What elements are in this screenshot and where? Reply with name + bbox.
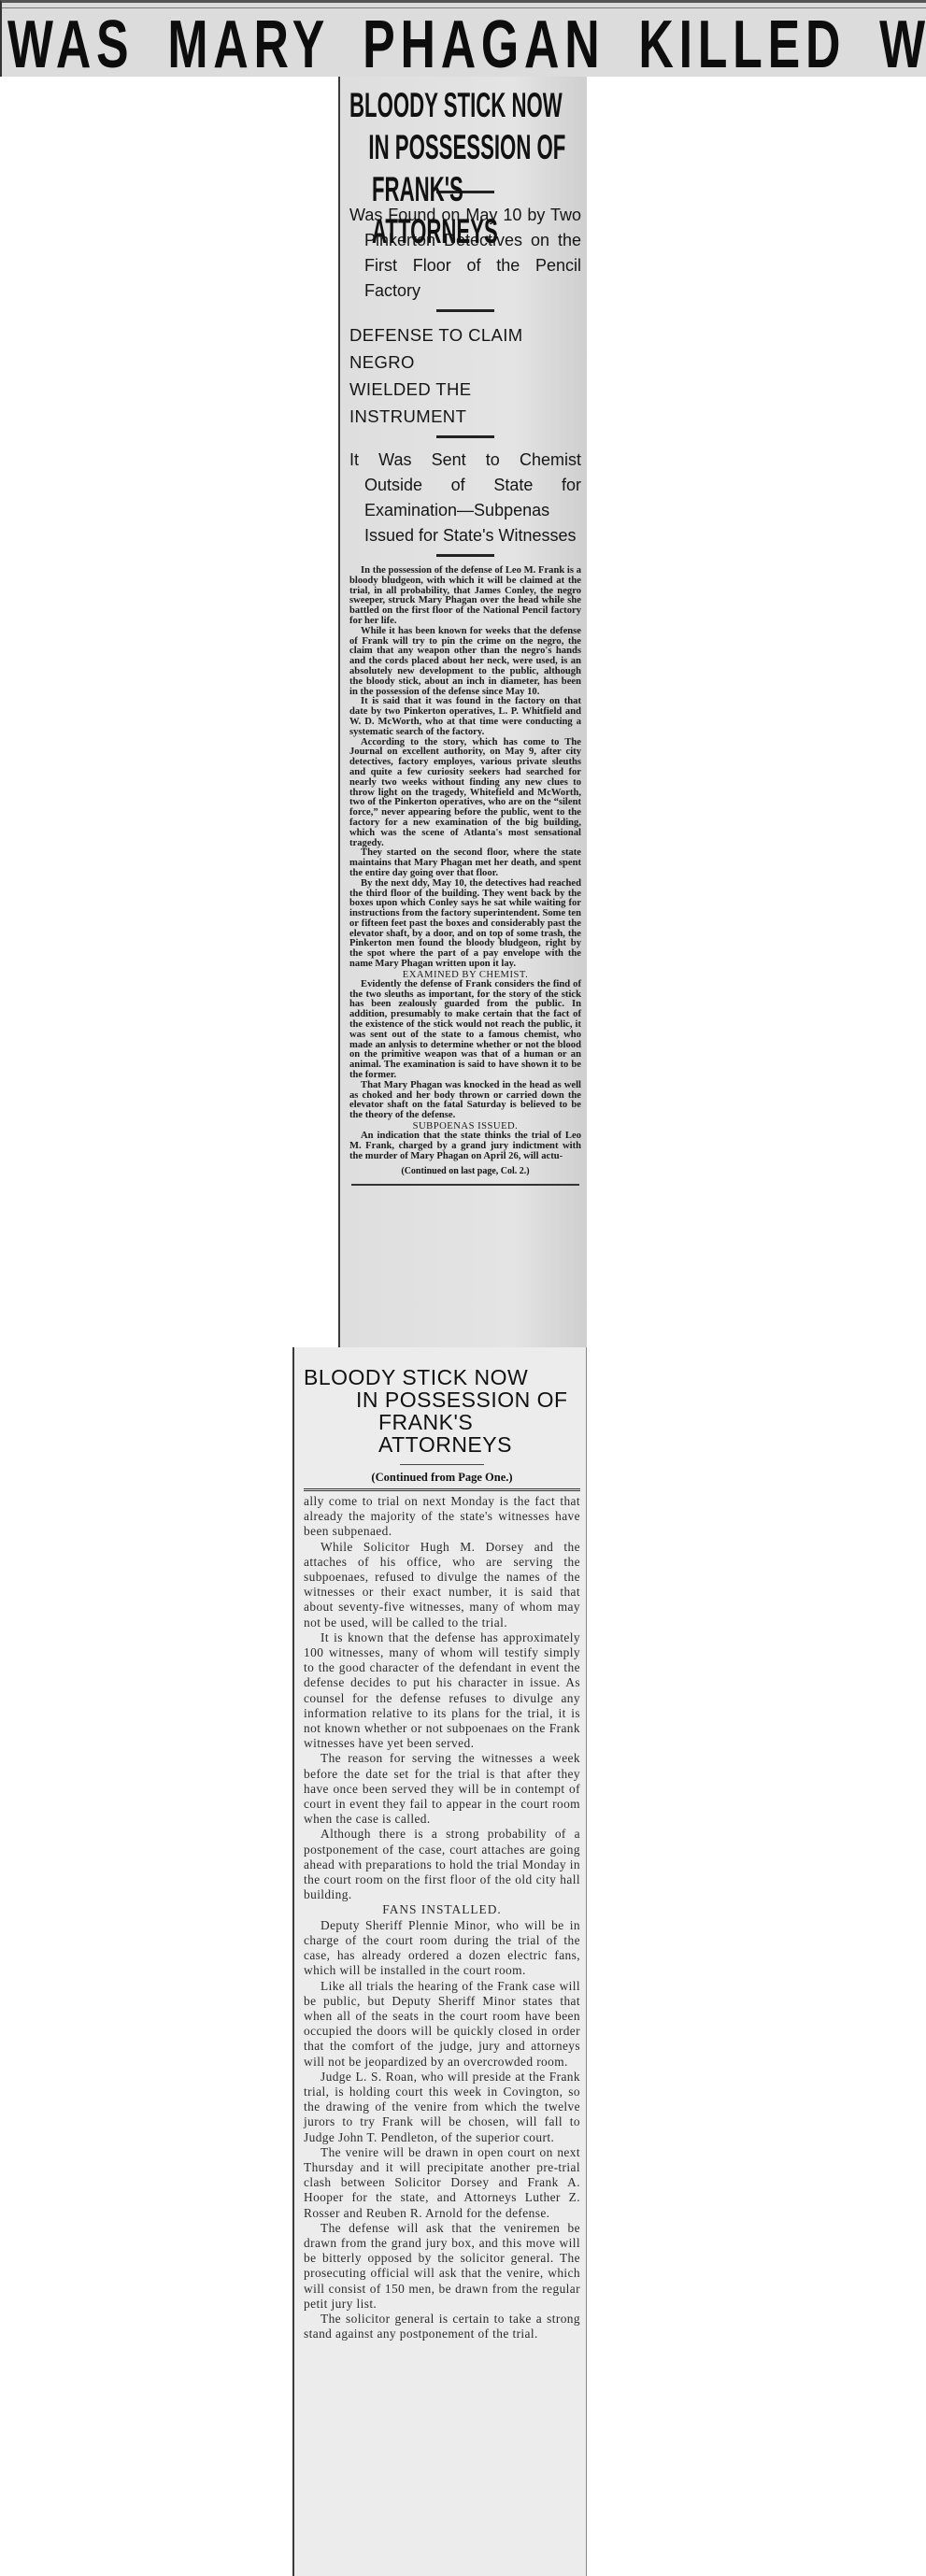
jump-page-clipping: BLOODY STICK NOW IN POSSESSION OF FRANK'… xyxy=(292,1347,587,2576)
subhead-fans-installed: FANS INSTALLED. xyxy=(304,1902,580,1917)
article-paragraph: According to the story, which has come t… xyxy=(349,738,581,849)
jump-headline-line: IN POSSESSION OF xyxy=(304,1388,580,1411)
banner-headline: WAS MARY PHAGAN KILLED WITH BLUDGEON? xyxy=(7,12,663,77)
deck-divider xyxy=(436,435,494,438)
article-paragraph: That Mary Phagan was knocked in the head… xyxy=(349,1081,581,1121)
jump-article-body: ally come to trial on next Monday is the… xyxy=(304,1494,580,2341)
article-paragraph: While it has been known for weeks that t… xyxy=(349,627,581,698)
article-paragraph: ally come to trial on next Monday is the… xyxy=(304,1494,580,1540)
article-paragraph: While Solicitor Hugh M. Dorsey and the a… xyxy=(304,1540,580,1630)
front-page-clipping: BLOODY STICK NOW IN POSSESSION OF FRANK'… xyxy=(338,77,587,1347)
deck-caps-line: DEFENSE TO CLAIM NEGRO xyxy=(349,325,523,372)
article-paragraph: The reason for serving the witnesses a w… xyxy=(304,1751,580,1827)
article-paragraph: The defense will ask that the veniremen … xyxy=(304,2221,580,2312)
headline-divider xyxy=(400,1464,484,1465)
front-headline: BLOODY STICK NOW IN POSSESSION OF FRANK'… xyxy=(349,84,579,252)
article-paragraph: By the next ddy, May 10, the detectives … xyxy=(349,879,581,970)
front-headline-line: IN POSSESSION OF xyxy=(349,126,579,168)
front-article-body: In the possession of the defense of Leo … xyxy=(349,566,581,1186)
article-paragraph: It is said that it was found in the fact… xyxy=(349,697,581,737)
deck-divider xyxy=(436,309,494,312)
article-paragraph: The solicitor general is certain to take… xyxy=(304,2312,580,2341)
article-paragraph: Judge L. S. Roan, who will preside at th… xyxy=(304,2070,580,2145)
article-paragraph: Evidently the defense of Frank considers… xyxy=(349,980,581,1081)
article-paragraph: An indication that the state thinks the … xyxy=(349,1131,581,1161)
jump-headline-line: BLOODY STICK NOW xyxy=(304,1366,580,1388)
continued-from-note: (Continued from Page One.) xyxy=(304,1471,580,1485)
front-headline-line: BLOODY STICK NOW xyxy=(349,84,579,126)
article-paragraph: In the possession of the defense of Leo … xyxy=(349,566,581,627)
article-paragraph: It is known that the defense has approxi… xyxy=(304,1630,580,1752)
article-paragraph: Deputy Sheriff Plennie Minor, who will b… xyxy=(304,1918,580,1979)
banner-headline-strip: WAS MARY PHAGAN KILLED WITH BLUDGEON? xyxy=(0,0,926,77)
front-headline-line: FRANK'S ATTORNEYS xyxy=(349,168,579,252)
jump-headline: BLOODY STICK NOW IN POSSESSION OF FRANK'… xyxy=(304,1366,580,1456)
article-paragraph: The venire will be drawn in open court o… xyxy=(304,2145,580,2221)
deck-divider xyxy=(436,554,494,557)
article-paragraph: Although there is a strong probability o… xyxy=(304,1827,580,1902)
deck-caps-line: WIELDED THE INSTRUMENT xyxy=(349,379,472,426)
section-rule xyxy=(304,1488,580,1491)
article-paragraph: They started on the second floor, where … xyxy=(349,848,581,878)
jump-headline-line: FRANK'S ATTORNEYS xyxy=(304,1411,580,1456)
article-paragraph: Like all trials the hearing of the Frank… xyxy=(304,1979,580,2070)
end-rule xyxy=(351,1184,579,1186)
deck-defense-claim: DEFENSE TO CLAIM NEGRO WIELDED THE INSTR… xyxy=(349,321,581,430)
continued-on-note: (Continued on last page, Col. 2.) xyxy=(349,1165,581,1178)
deck-chemist: It Was Sent to Chemist Outside of State … xyxy=(349,448,581,548)
